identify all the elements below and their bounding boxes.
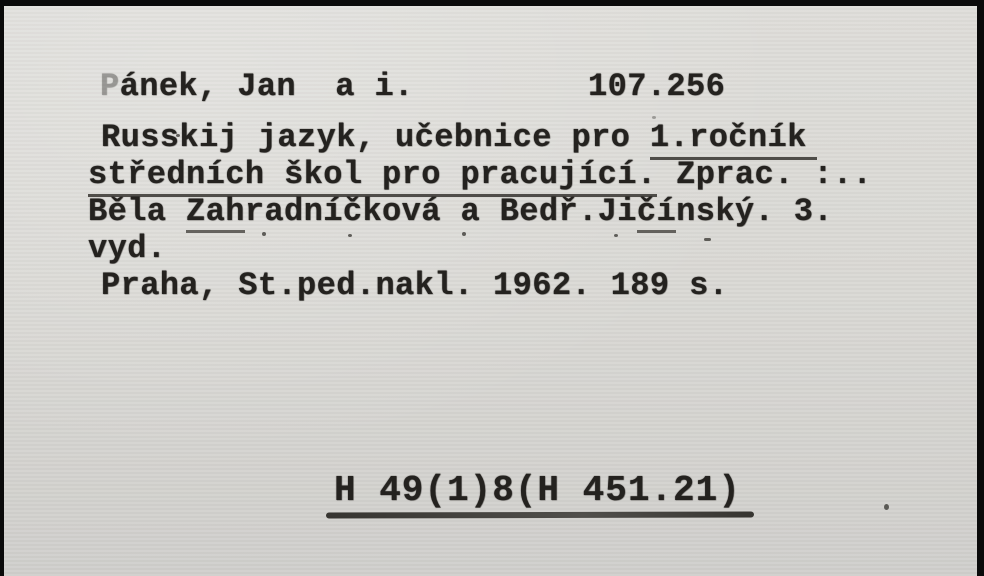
title-line-1: Russkij jazyk, učebnice pro 1.ročník [88,119,872,156]
scan-speck [462,232,466,236]
scanned-catalog-card: Pánek, Jan a i. 107.256 Russkij jazyk, u… [0,0,984,576]
editors-line: Běla Zahradníčková a Bedř.Jičínský. 3. [88,193,872,230]
scan-edge-left [0,0,4,576]
scan-speck [652,116,656,119]
scan-edge-top [0,0,984,6]
scan-speck [262,232,266,236]
title-description-block: Russkij jazyk, učebnice pro 1.ročník stř… [88,119,872,304]
author-faded-initial: P [100,68,120,105]
editors-underline-1: Zah [186,193,245,233]
scan-speck [614,234,618,237]
catalog-card-paper: Pánek, Jan a i. 107.256 Russkij jazyk, u… [4,6,977,576]
editors-part-3: nský. 3. [676,193,833,230]
shelf-signature: H 49(1)8(H 451.21) [334,470,741,511]
underlined-grade: 1.ročník [650,119,817,160]
author-name: ánek, Jan a i. [120,68,414,105]
signature-underline-rule [326,511,754,518]
underlined-school-phrase: středních škol pro pracující. [88,156,657,197]
editors-part-2: radníčková a Bedř.Ji [245,193,637,230]
scan-speck [704,238,711,241]
edition-line: vyd. [88,230,872,267]
scan-edge-right [977,0,984,576]
scan-speck [884,504,889,510]
imprint-line: Praha, St.ped.nakl. 1962. 189 s. [88,267,872,304]
accession-number: 107.256 [588,68,725,105]
title-line-2-tail: Zprac. :.. [657,156,873,193]
title-line-2: středních škol pro pracující. Zprac. :.. [88,156,872,193]
title-line-1-text: Russkij jazyk, učebnice pro [101,119,650,156]
scan-speck [348,234,352,237]
editors-underline-2: čí [637,193,676,233]
author-heading: Pánek, Jan a i. [100,68,414,105]
editors-part-1: Běla [88,193,186,230]
scan-speck [176,134,180,137]
